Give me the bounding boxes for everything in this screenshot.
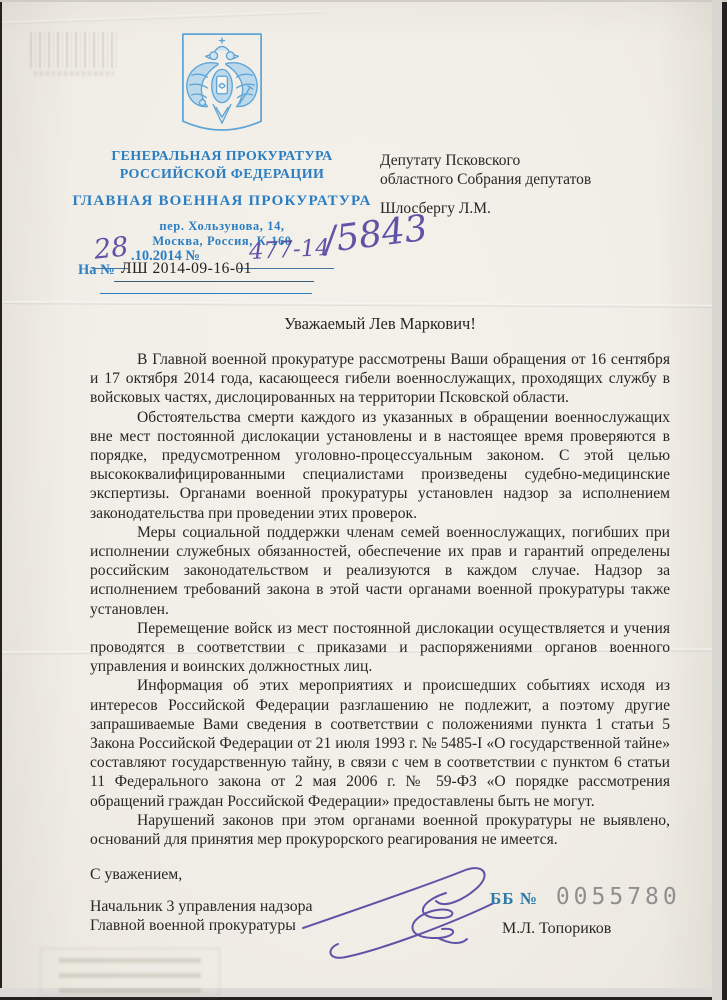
barcode [30,32,118,68]
paragraph: В Главной военной прокуратуре рассмотрен… [90,350,670,408]
paragraph: Обстоятельства смерти каждого из указанн… [90,408,670,523]
series-label: ББ № [490,889,538,909]
header-rule [100,293,312,294]
incoming-ref-underline [114,281,314,282]
russian-coat-of-arms-icon [178,30,266,142]
recipient-line1: Депутату Псковского [380,151,591,170]
org-name-line2: РОССИЙСКОЙ ФЕДЕРАЦИИ [62,166,382,184]
letter-paper: ГЕНЕРАЛЬНАЯ ПРОКУРАТУРА РОССИЙСКОЙ ФЕДЕР… [2,2,712,988]
letter-body: В Главной военной прокуратуре рассмотрен… [90,350,670,849]
recipient-name: Шлосбергу Л.М. [380,199,591,218]
signer-name: М.Л. Топориков [502,920,611,938]
incoming-ref-number: ЛШ 2014-09-16-01 [121,260,252,278]
paragraph: Нарушений законов при этом органами воен… [90,811,670,849]
form-line-number [238,268,334,269]
salutation: Уважаемый Лев Маркович! [90,314,670,334]
handwritten-outgoing-number: 477-14 [248,235,330,265]
recipient-block: Депутату Псковского областного Собрания … [380,151,591,218]
incoming-ref-label: На № [78,262,115,279]
paragraph: Перемещение войск из мест постоянной дис… [90,619,670,677]
paper-fold-crease [2,301,712,308]
handwritten-signature [298,857,526,963]
letter-content: Уважаемый Лев Маркович! В Главной военно… [90,314,670,935]
scanned-letter: ГЕНЕРАЛЬНАЯ ПРОКУРАТУРА РОССИЙСКОЙ ФЕДЕР… [0,0,727,1000]
paper-crease [2,10,322,24]
paragraph: Информация об этих мероприятиях и происш… [90,676,670,810]
paragraph: Меры социальной поддержки членам семей в… [90,523,670,619]
org-department: ГЛАВНАЯ ВОЕННАЯ ПРОКУРАТУРА [62,192,382,210]
reverse-side-stamp-ghost [40,948,220,996]
scanner-edge-right [712,0,722,1000]
series-number: 0055780 [556,884,681,910]
recipient-line2: областного Собрания депутатов [380,170,591,189]
org-name-line1: ГЕНЕРАЛЬНАЯ ПРОКУРАТУРА [62,148,382,166]
form-series-block: ББ № 0055780 [490,884,681,910]
